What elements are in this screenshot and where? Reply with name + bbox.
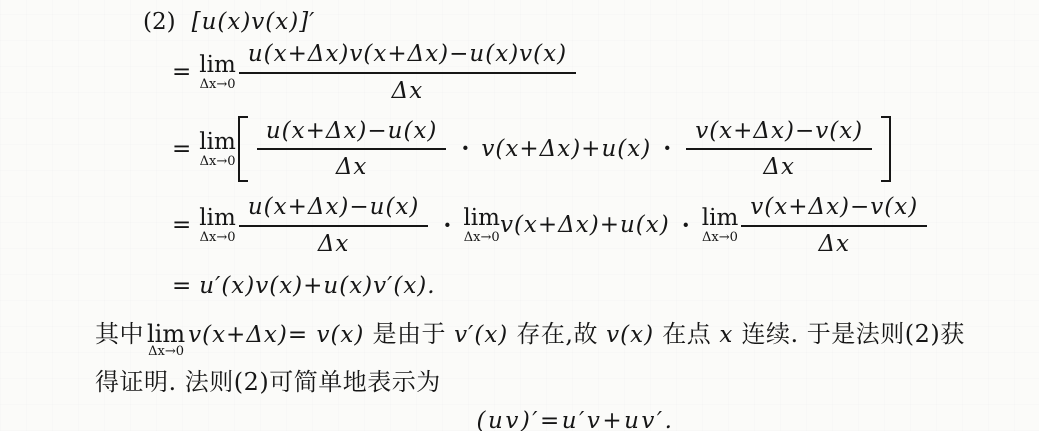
numerator: u(x+Δx)−u(x)	[257, 116, 447, 151]
textbook-page: (2) [u(x)v(x)]′ = lim Δx→0 u(x+Δx)v(x+Δx…	[0, 0, 1039, 431]
limit-operator: lim Δx→0	[463, 206, 500, 244]
lim-word: lim	[199, 130, 236, 154]
lim-subscript: Δx→0	[148, 348, 184, 356]
denominator: Δx	[818, 227, 850, 259]
dot-operator: ·	[443, 212, 451, 239]
lim-word: lim	[702, 206, 739, 230]
derivation-step-2: = lim Δx→0 u(x+Δx)−u(x) Δx · v(x+Δx)+u(x…	[172, 116, 1039, 183]
difference-quotient: u(x+Δx)v(x+Δx)−u(x)v(x) Δx	[239, 39, 576, 106]
paragraph-lead: 其中	[95, 320, 144, 348]
text-run: 在点	[654, 320, 719, 348]
math-run: v(x+Δx)= v(x)	[188, 322, 364, 348]
right-bracket	[881, 116, 891, 183]
limit-operator: lim Δx→0	[199, 130, 236, 168]
denominator: Δx	[763, 150, 795, 182]
middle-terms: v(x+Δx)+u(x)	[500, 212, 670, 238]
lim-subscript: Δx→0	[200, 155, 236, 168]
conclusion-formula: (uv)′=u′v+uv′.	[0, 408, 1039, 431]
limit-operator: limΔx→0	[147, 322, 185, 356]
left-bracket	[238, 116, 248, 183]
product-expression: [u(x)v(x)]′	[192, 9, 316, 35]
lim-word: lim	[147, 322, 185, 347]
dot-operator: ·	[663, 135, 671, 162]
limit-operator: lim Δx→0	[702, 206, 739, 244]
lim-subscript: Δx→0	[200, 78, 236, 91]
text-run: 连续. 于是法则(2)获	[733, 320, 964, 348]
math-run: v(x)	[606, 322, 654, 348]
product-rule-heading: (2) [u(x)v(x)]′	[143, 9, 1039, 35]
equals-sign: =	[172, 59, 191, 85]
derivation-step-1: = lim Δx→0 u(x+Δx)v(x+Δx)−u(x)v(x) Δx	[172, 39, 1039, 106]
derivation-step-3: = lim Δx→0 u(x+Δx)−u(x) Δx · lim Δx→0 v(…	[172, 192, 1039, 259]
limit-operator: lim Δx→0	[199, 206, 236, 244]
explanation-paragraph: 其中limΔx→0v(x+Δx)= v(x) 是由于 v′(x) 存在,故 v(…	[95, 311, 1003, 406]
numerator: v(x+Δx)−v(x)	[741, 192, 927, 227]
dot-operator: ·	[461, 135, 469, 162]
numerator: u(x+Δx)−u(x)	[239, 192, 429, 227]
u-difference-quotient: u(x+Δx)−u(x) Δx	[239, 192, 429, 259]
middle-terms: v(x+Δx)+u(x)	[481, 136, 651, 162]
paragraph-line-2: 得证明. 法则(2)可简单地表示为	[95, 359, 1003, 406]
result-expression: u′(x)v(x)+u(x)v′(x).	[199, 273, 435, 299]
denominator: Δx	[318, 227, 350, 259]
v-difference-quotient: v(x+Δx)−v(x) Δx	[741, 192, 927, 259]
lim-subscript: Δx→0	[464, 231, 500, 244]
equals-sign: =	[172, 273, 191, 299]
lim-word: lim	[463, 206, 500, 230]
equals-sign: =	[172, 212, 191, 238]
numerator: u(x+Δx)v(x+Δx)−u(x)v(x)	[239, 39, 576, 74]
text-run: 存在,故	[508, 320, 606, 348]
lim-word: lim	[199, 53, 236, 77]
u-difference-quotient: u(x+Δx)−u(x) Δx	[257, 116, 447, 183]
lim-subscript: Δx→0	[702, 231, 738, 244]
text-run: 是由于	[364, 320, 454, 348]
lim-word: lim	[199, 206, 236, 230]
math-run: v′(x)	[454, 322, 508, 348]
equals-sign: =	[172, 136, 191, 162]
v-difference-quotient: v(x+Δx)−v(x) Δx	[686, 116, 872, 183]
denominator: Δx	[336, 150, 368, 182]
dot-operator: ·	[682, 212, 690, 239]
limit-operator: lim Δx→0	[199, 53, 236, 91]
derivation-result: = u′(x)v(x)+u(x)v′(x).	[172, 273, 1039, 299]
item-number: (2)	[143, 9, 176, 35]
lim-subscript: Δx→0	[200, 231, 236, 244]
math-run: x	[719, 322, 733, 348]
paragraph-line-1: 其中limΔx→0v(x+Δx)= v(x) 是由于 v′(x) 存在,故 v(…	[95, 311, 1003, 359]
numerator: v(x+Δx)−v(x)	[686, 116, 872, 151]
denominator: Δx	[392, 74, 424, 106]
